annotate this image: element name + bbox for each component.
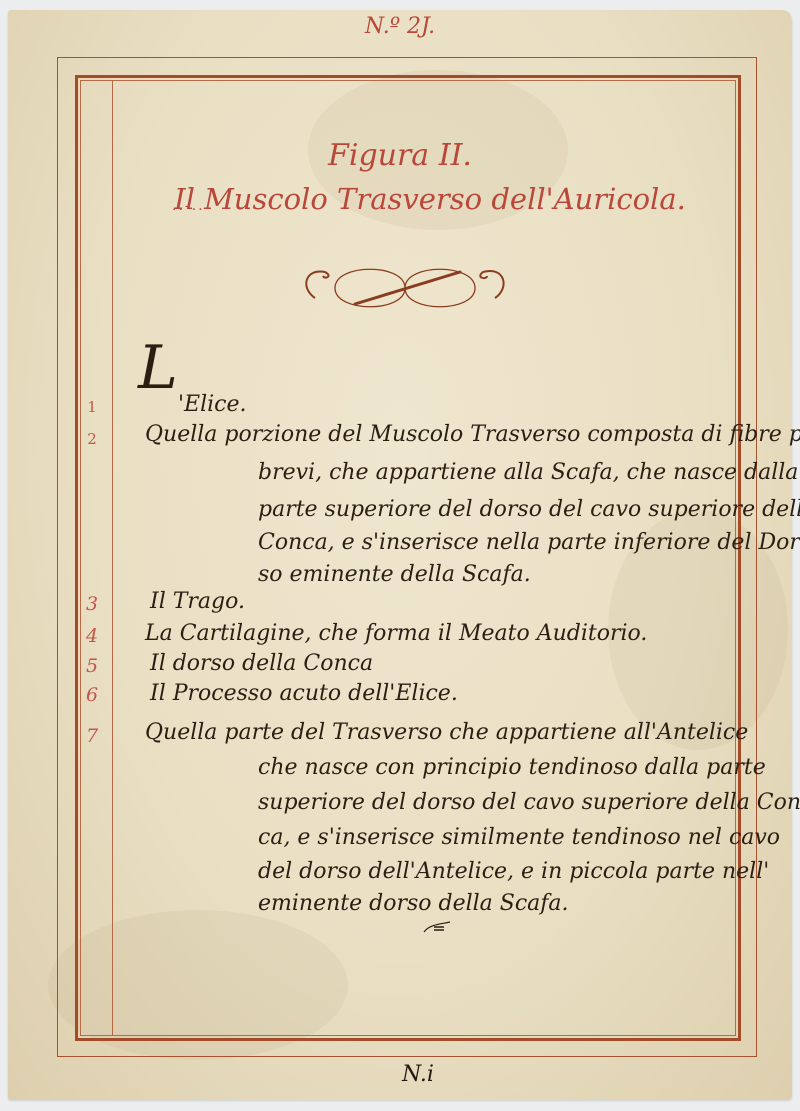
figure-title: Figura II. xyxy=(0,138,800,173)
margin-rule xyxy=(112,81,113,1035)
drop-cap: L xyxy=(138,338,178,398)
entry-number: 5 xyxy=(82,655,102,677)
entry-line: 'Elice. xyxy=(178,394,247,416)
entry-line: La Cartilagine, che forma il Meato Audit… xyxy=(145,623,647,645)
entry-line: Il Processo acuto dell'Elice. xyxy=(150,683,458,705)
entry-number: 6 xyxy=(82,684,102,706)
entry-line: superiore del dorso del cavo superiore d… xyxy=(258,792,800,814)
entry-line: Il Trago. xyxy=(150,591,245,613)
entry-line: ca, e s'inserisce similmente tendinoso n… xyxy=(258,827,780,849)
entry-line: eminente dorso della Scafa. xyxy=(258,893,569,915)
signature-mark: N.i xyxy=(402,1062,434,1087)
flourish-ornament-icon xyxy=(295,258,515,318)
entry-number: 1 xyxy=(82,398,102,416)
entry-line: del dorso dell'Antelice, e in piccola pa… xyxy=(258,861,769,883)
entry-line: brevi, che appartiene alla Scafa, che na… xyxy=(258,462,798,484)
entry-line: Conca, e s'inserisce nella parte inferio… xyxy=(258,532,800,554)
end-flourish-icon xyxy=(420,918,460,938)
entry-line: so eminente della Scafa. xyxy=(258,564,531,586)
entry-line: Quella parte del Trasverso che appartien… xyxy=(145,722,748,744)
entry-number: 4 xyxy=(82,625,102,647)
entry-number: 3 xyxy=(82,593,102,615)
entry-line: Quella porzione del Muscolo Trasverso co… xyxy=(145,424,800,446)
entry-number: 2 xyxy=(82,430,102,448)
entry-line: che nasce con principio tendinoso dalla … xyxy=(258,757,766,779)
entry-number: 7 xyxy=(82,725,102,747)
folio-number: N.º 2J. xyxy=(0,14,800,39)
entry-line: parte superiore del dorso del cavo super… xyxy=(258,499,800,521)
entry-line: Il dorso della Conca xyxy=(150,653,373,675)
figure-subtitle: Il Muscolo Trasverso dell'Auricola. xyxy=(160,182,700,216)
